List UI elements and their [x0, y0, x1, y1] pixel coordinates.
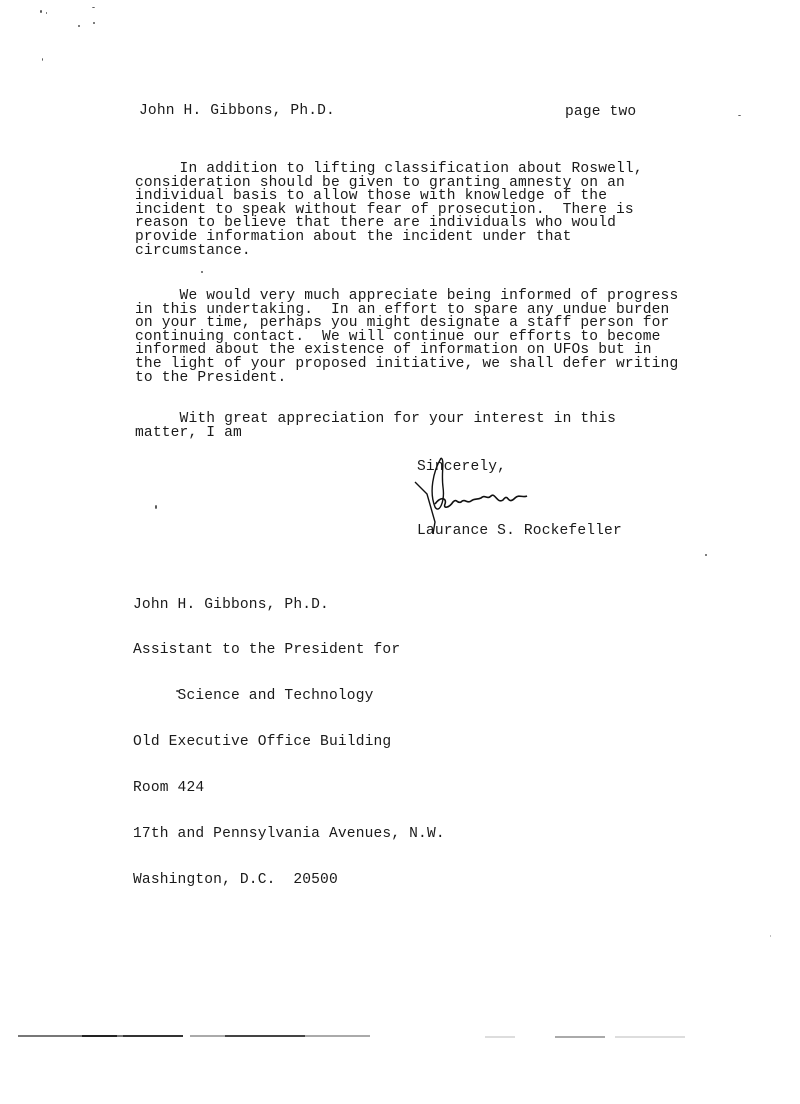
scan-speck [46, 12, 47, 14]
address-line: Science and Technology [133, 689, 445, 704]
address-line: 17th and Pennsylvania Avenues, N.W. [133, 827, 445, 842]
scan-speck [92, 7, 95, 8]
scan-edge-line [225, 1035, 305, 1037]
body-paragraph-amnesty: In addition to lifting classification ab… [135, 163, 643, 258]
address-line: Assistant to the President for [133, 643, 445, 658]
scan-speck [93, 22, 95, 24]
scan-speck [155, 505, 157, 509]
scan-speck [78, 25, 80, 27]
scan-edge-line [555, 1036, 605, 1038]
address-line: Old Executive Office Building [133, 735, 445, 750]
address-line: John H. Gibbons, Ph.D. [133, 598, 445, 613]
body-paragraph-appreciation: With great appreciation for your interes… [135, 413, 616, 440]
scan-speck [705, 554, 707, 556]
letter-page: John H. Gibbons, Ph.D. page two In addit… [0, 0, 800, 1104]
scan-edge-line [82, 1035, 117, 1037]
address-line: Washington, D.C. 20500 [133, 873, 445, 888]
scan-speck [42, 58, 43, 61]
scan-speck [40, 10, 42, 13]
header-recipient: John H. Gibbons, Ph.D. [139, 104, 335, 118]
scan-speck [738, 115, 741, 116]
body-paragraph-progress: We would very much appreciate being info… [135, 290, 678, 385]
scan-speck [201, 271, 203, 273]
address-line: Room 424 [133, 781, 445, 796]
scan-edge-line [485, 1036, 515, 1038]
scan-speck [770, 935, 771, 937]
scan-edge-line [123, 1035, 183, 1037]
scan-edge-line [615, 1036, 685, 1038]
page-number-label: page two [565, 105, 636, 119]
address-block: John H. Gibbons, Ph.D. Assistant to the … [133, 567, 445, 919]
signer-name: Laurance S. Rockefeller [417, 524, 622, 538]
